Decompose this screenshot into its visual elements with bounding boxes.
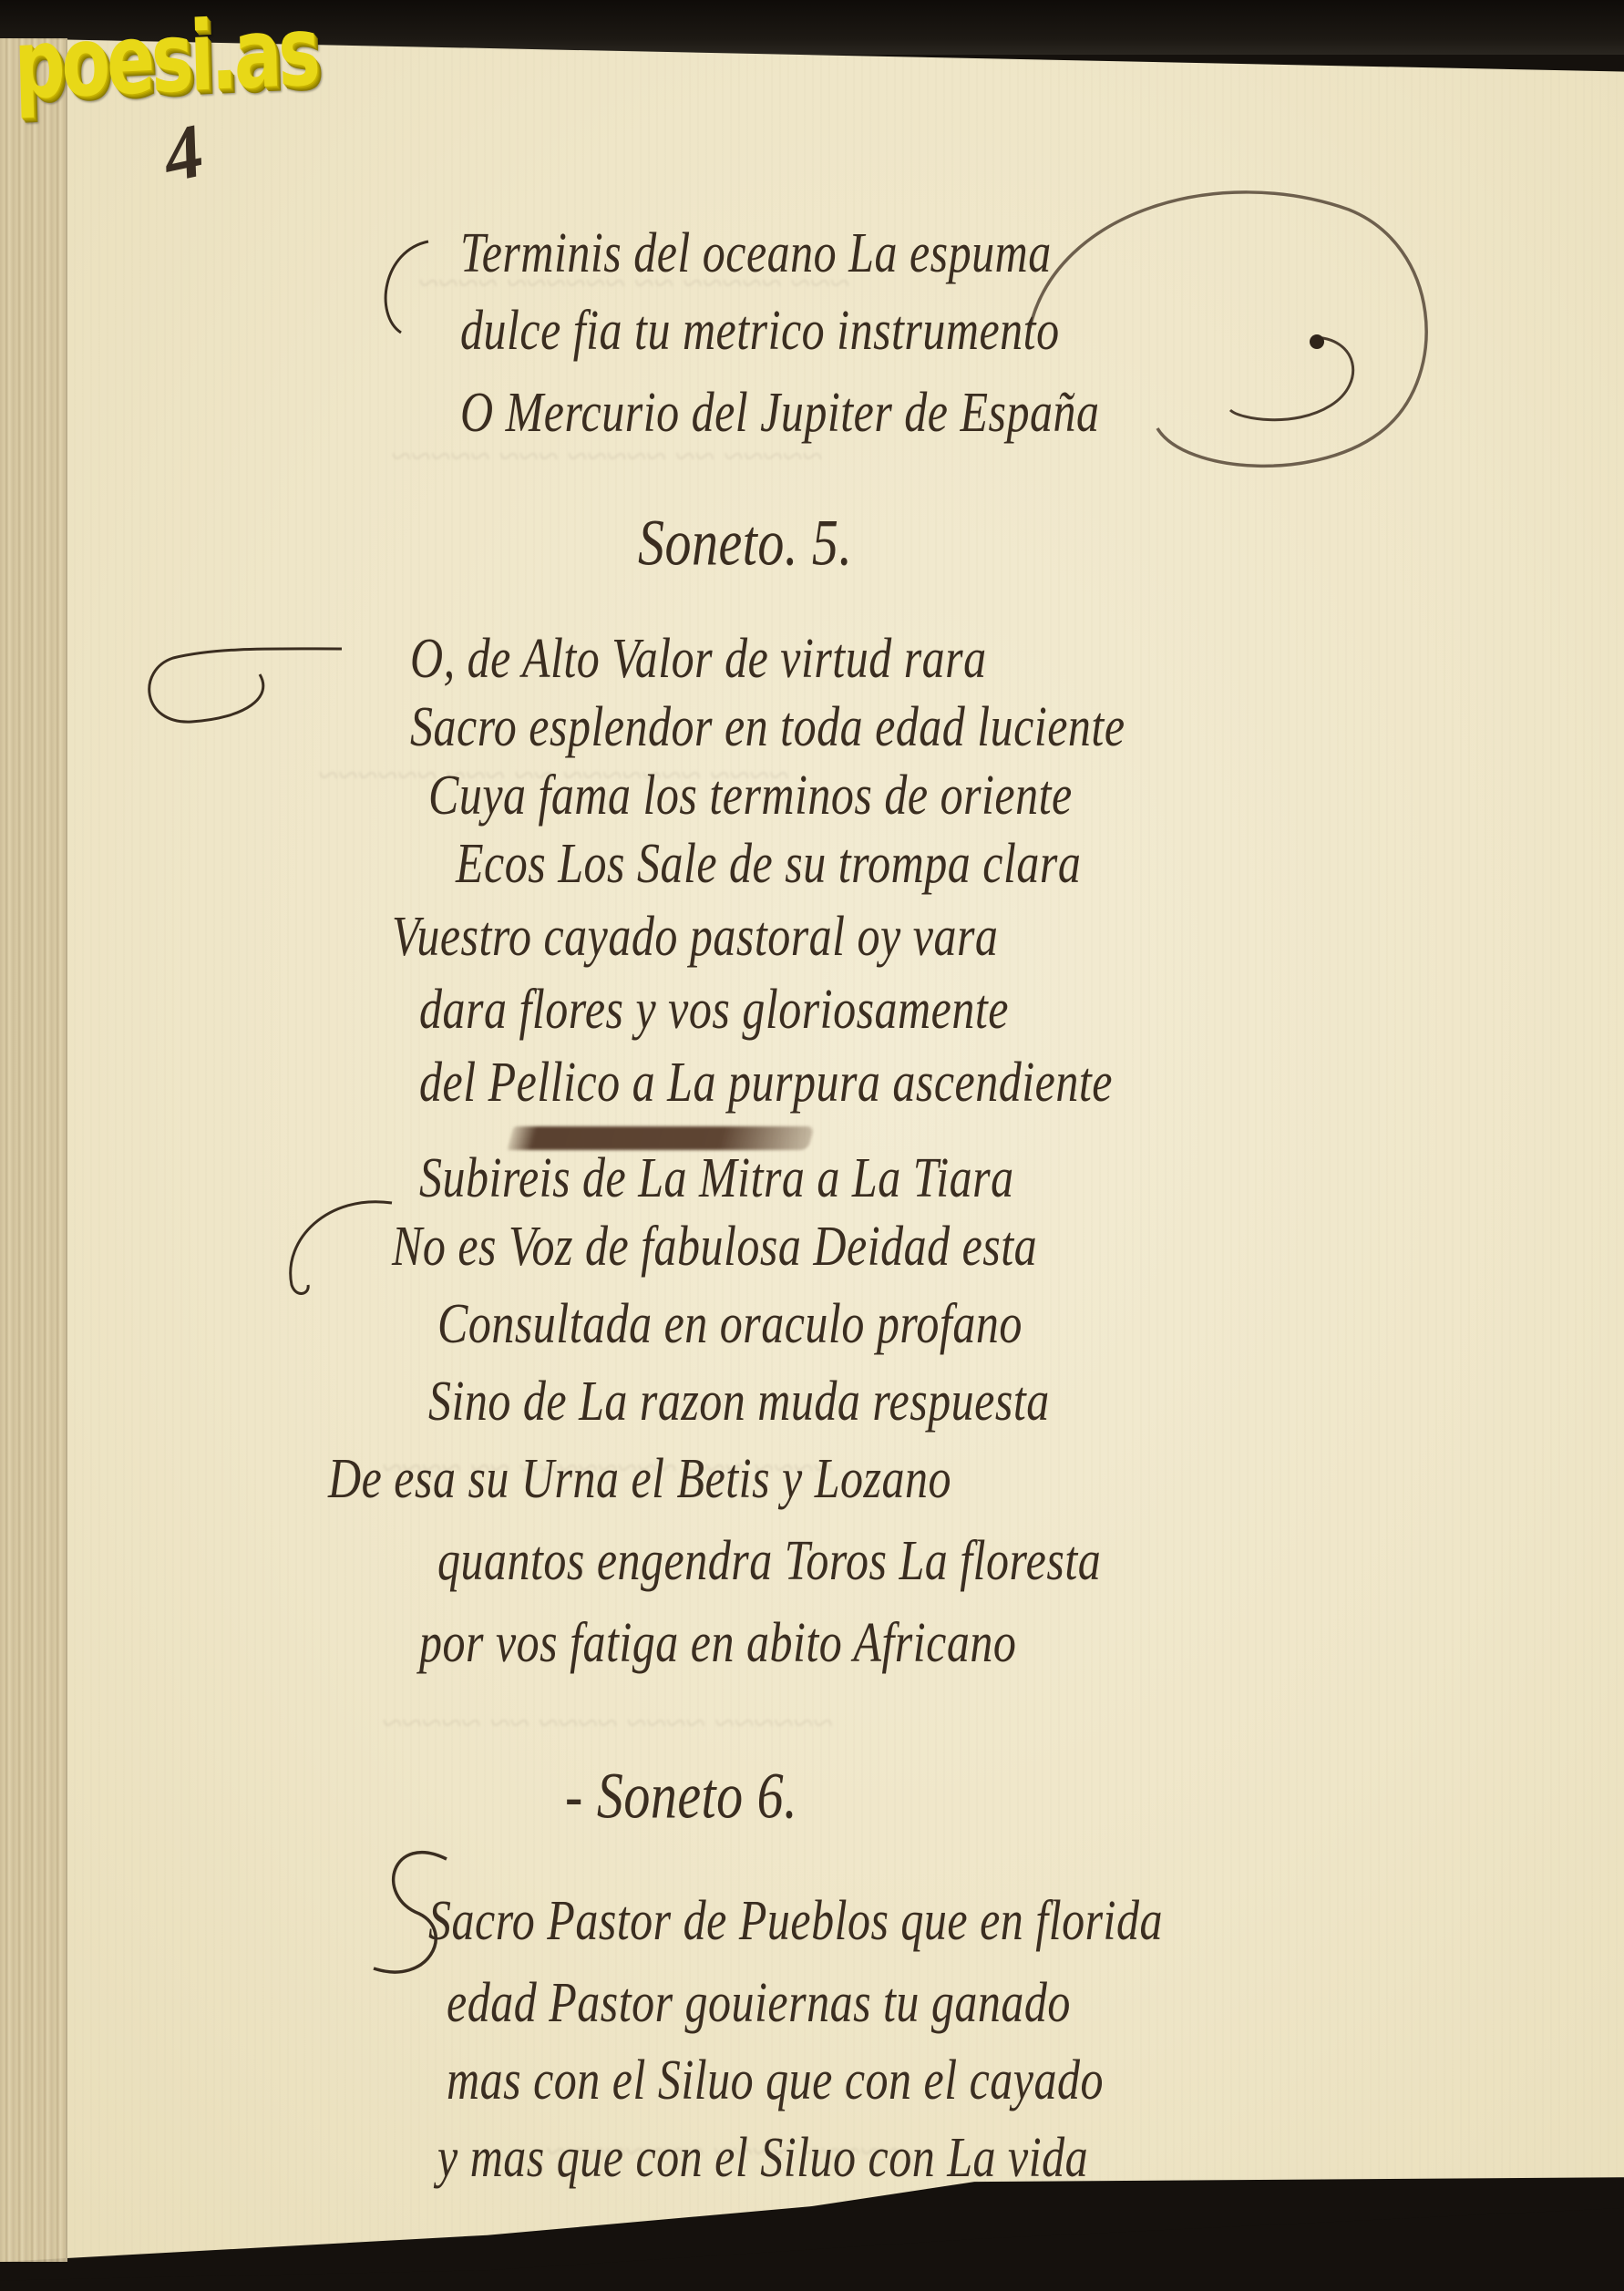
preamble-line: dulce fia tu metrico instrumento: [460, 297, 1060, 364]
preamble-line: Terminis del oceano La espuma: [460, 220, 1052, 286]
margin-curl-flourish: [273, 1194, 401, 1303]
sonnet-5-line: del Pellico a La purpura ascendiente: [419, 1049, 1113, 1115]
sonnet-6-heading: - Soneto 6.: [565, 1757, 797, 1834]
sonnet-5-line: quantos engendra Toros La floresta: [437, 1527, 1101, 1594]
sonnet-6-line: Sacro Pastor de Pueblos que en florida: [428, 1887, 1163, 1954]
sonnet-5-line: por vos fatiga en abito Africano: [419, 1609, 1016, 1676]
poesias-logo[interactable]: poesi.as: [13, 0, 318, 121]
sonnet-6-line: edad Pastor gouiernas tu ganado: [447, 1969, 1071, 2036]
sonnet-5-line: Subireis de La Mitra a La Tiara: [419, 1145, 1014, 1211]
sonnet-6-line: y mas que con el Siluo con La vida: [437, 2124, 1088, 2191]
page-edge-line: [66, 38, 67, 2262]
sonnet-5-line: Cuya fama los terminos de oriente: [428, 762, 1073, 828]
sonnet-5-line: No es Voz de fabulosa Deidad esta: [392, 1213, 1037, 1279]
preamble-line: O Mercurio del Jupiter de España: [460, 379, 1100, 446]
sonnet-5-line: Ecos Los Sale de su trompa clara: [456, 830, 1081, 897]
page-stack-edges: [0, 38, 66, 2262]
sonnet-5-heading: Soneto. 5.: [638, 504, 852, 580]
sonnet-5-line: dara flores y vos gloriosamente: [419, 976, 1009, 1043]
opening-bracket-flourish: [374, 232, 447, 342]
sonnet-5-line: Sino de La razon muda respuesta: [428, 1368, 1050, 1434]
sonnet-5-line: Consultada en oraculo profano: [437, 1290, 1023, 1357]
sonnet-5-line: Sacro esplendor en toda edad luciente: [410, 693, 1125, 760]
sonnet-6-line: mas con el Siluo que con el cayado: [447, 2047, 1104, 2113]
sonnet-5-line: De esa su Urna el Betis y Lozano: [328, 1445, 951, 1512]
sonnet-5-line: O, de Alto Valor de virtud rara: [410, 625, 987, 692]
margin-bracket-flourish: [137, 638, 346, 738]
bleed-through-text: ~~~~~~ ~~~~ ~~~~ ~~ ~~~~~: [383, 1695, 833, 1752]
sonnet-5-line: Vuestro cayado pastoral oy vara: [392, 903, 998, 970]
